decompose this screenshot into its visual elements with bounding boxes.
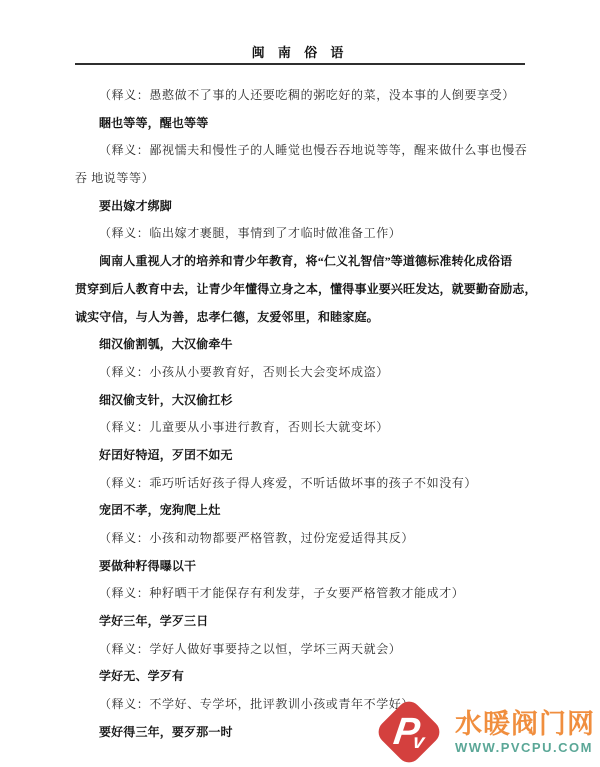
text-line-proverb: 细汉偷割瓠，大汉偷牵牛 <box>75 331 525 359</box>
text-line-shiyi: （释义：愚憨做不了事的人还要吃稠的粥吃好的菜，没本事的人倒要享受） <box>75 82 525 110</box>
text-line-para: 诚实守信，与人为善，忠孝仁德，友爱邻里，和睦家庭。 <box>75 304 525 332</box>
text-line-para: 贯穿到后人教育中去，让青少年懂得立身之本，懂得事业要兴旺发达，就要勤奋励志， <box>75 276 525 304</box>
text-line-para: 闽南人重视人才的培养和青少年教育，将“仁义礼智信”等道德标准转化成俗语 <box>75 248 525 276</box>
text-line-proverb: 细汉偷支针，大汉偷扛杉 <box>75 387 525 415</box>
text-line-proverb: 要出嫁才绑脚 <box>75 193 525 221</box>
text-line-shiyi: （释义：鄙视懦夫和慢性子的人睡觉也慢吞吞地说等等，醒来做什么事也慢吞 <box>75 137 525 165</box>
text-line-shiyi: （释义：儿童要从小事进行教育，否则长大就变坏） <box>75 414 525 442</box>
text-line-proverb: 要做种籽得曝以干 <box>75 553 525 581</box>
pv-logo: P v <box>373 697 445 767</box>
text-line-shiyi: 吞 地说等等） <box>75 165 525 193</box>
document-page: 闽 南 俗 语 （释义：愚憨做不了事的人还要吃稠的粥吃好的菜，没本事的人倒要享受… <box>0 0 600 767</box>
text-line-proverb: 睏也等等，醒也等等 <box>75 110 525 138</box>
watermark-text: 水暖阀门网 WWW.PVCPU.COM <box>455 709 595 756</box>
text-line-proverb: 学好无、学歹有 <box>75 663 525 691</box>
text-line-shiyi: （释义：小孩从小要教育好，否则长大会变坏成盗） <box>75 359 525 387</box>
text-line-shiyi: （释义：乖巧听话好孩子得人疼爱，不听话做坏事的孩子不如没有） <box>75 470 525 498</box>
document-body: （释义：愚憨做不了事的人还要吃稠的粥吃好的菜，没本事的人倒要享受）睏也等等，醒也… <box>75 65 525 747</box>
pvcpu-watermark: P v 水暖阀门网 WWW.PVCPU.COM <box>373 697 595 767</box>
text-line-shiyi: （释义：学好人做好事要持之以恒，学坏三两天就会） <box>75 636 525 664</box>
text-line-proverb: 好囝好特迢，歹囝不如无 <box>75 442 525 470</box>
text-line-shiyi: （释义：小孩和动物都要严格管教，过份宠爱适得其反） <box>75 525 525 553</box>
text-line-proverb: 宠囝不孝，宠狗爬上灶 <box>75 497 525 525</box>
text-line-shiyi: （释义：种籽晒干才能保存有利发芽，子女要严格管教才能成才） <box>75 580 525 608</box>
page-header: 闽 南 俗 语 <box>75 0 525 65</box>
watermark-site-url: WWW.PVCPU.COM <box>455 740 595 756</box>
watermark-site-name: 水暖阀门网 <box>455 709 595 740</box>
page-title: 闽 南 俗 语 <box>252 42 349 63</box>
text-line-shiyi: （释义：临出嫁才裹腿，事情到了才临时做准备工作） <box>75 220 525 248</box>
text-line-proverb: 学好三年，学歹三日 <box>75 608 525 636</box>
pv-diamond-shape <box>374 697 445 767</box>
